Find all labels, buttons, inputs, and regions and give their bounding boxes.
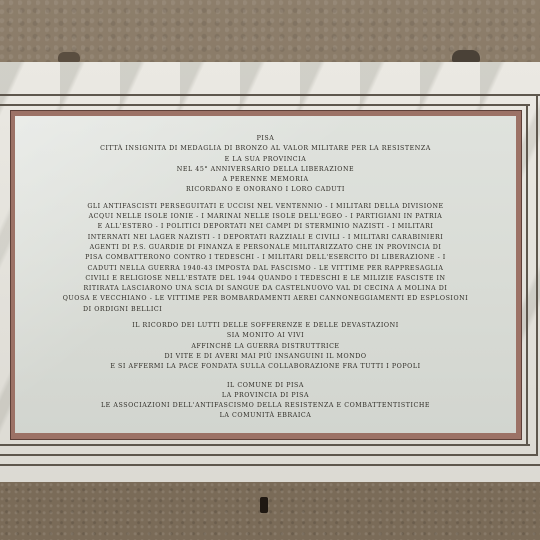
inscription-line: E SI AFFERMI LA PACE FONDATA SULLA COLLA… [15, 362, 516, 372]
inscription-line: INTERNATI NEI LAGER NAZISTI - I DEPORTAT… [15, 233, 516, 243]
frame-groove [0, 104, 530, 106]
inscription-line: PISA [15, 134, 516, 144]
frame-groove [0, 454, 538, 456]
inscription-line: A PERENNE MEMORIA [15, 175, 516, 185]
inscription-line: PISA COMBATTERONO CONTRO I TEDESCHI - I … [15, 253, 516, 263]
inscription-line: ACQUI NELLE ISOLE IONIE - I MARINAI NELL… [15, 212, 516, 222]
inscription-line: GLI ANTIFASCISTI PERSEGUITATI E UCCISI N… [15, 202, 516, 212]
inscription-line: QUOSA E VECCHIANO - LE VITTIME PER BOMBA… [15, 294, 516, 304]
inscription: PISA CITTÀ INSIGNITA DI MEDAGLIA DI BRON… [15, 134, 516, 422]
wall-hole [260, 497, 268, 513]
frame-groove [0, 444, 530, 446]
frame-groove [0, 94, 540, 96]
lower-wall [0, 482, 540, 540]
inscription-line: IL COMUNE DI PISA [15, 381, 516, 391]
frame-groove [536, 94, 538, 456]
wall-chip [58, 52, 80, 62]
inscription-line: AFFINCHÉ LA GUERRA DISTRUTTRICE [15, 342, 516, 352]
inscription-line: AGENTI DI P.S. GUARDIE DI FINANZA E PERS… [15, 243, 516, 253]
inscription-line: CITTÀ INSIGNITA DI MEDAGLIA DI BRONZO AL… [15, 144, 516, 154]
inscription-line: NEL 45° ANNIVERSARIO DELLA LIBERAZIONE [15, 165, 516, 175]
frame-groove [0, 464, 540, 466]
inscription-line: E ALL'ESTERO - I POLITICI DEPORTATI NEI … [15, 222, 516, 232]
inscription-line: RITIRATA LASCIARONO UNA SCIA DI SANGUE D… [15, 284, 516, 294]
inscription-line: DI VITE E DI AVERI MAI PIÙ INSANGUINI IL… [15, 352, 516, 362]
wall-chip [452, 50, 480, 62]
inscription-line: LE ASSOCIAZIONI DELL'ANTIFASCISMO DELLA … [15, 401, 516, 411]
inscription-line: CIVILI E RELIGIOSE NELL'ESTATE DEL 1944 … [15, 274, 516, 284]
frame-groove [526, 104, 528, 446]
inscription-line: SIA MONITO AI VIVI [15, 331, 516, 341]
inscription-line: E LA SUA PROVINCIA [15, 155, 516, 165]
inscription-line: CADUTI NELLA GUERRA 1940-43 IMPOSTA DAL … [15, 264, 516, 274]
inscription-line: IL RICORDO DEI LUTTI DELLE SOFFERENZE E … [15, 321, 516, 331]
inscription-line: RICORDANO E ONORANO I LORO CADUTI [15, 185, 516, 195]
inscription-line: LA PROVINCIA DI PISA [15, 391, 516, 401]
inscription-line: LA COMUNITÀ EBRAICA [15, 411, 516, 421]
inscription-line: DI ORDIGNI BELLICI [15, 305, 516, 315]
